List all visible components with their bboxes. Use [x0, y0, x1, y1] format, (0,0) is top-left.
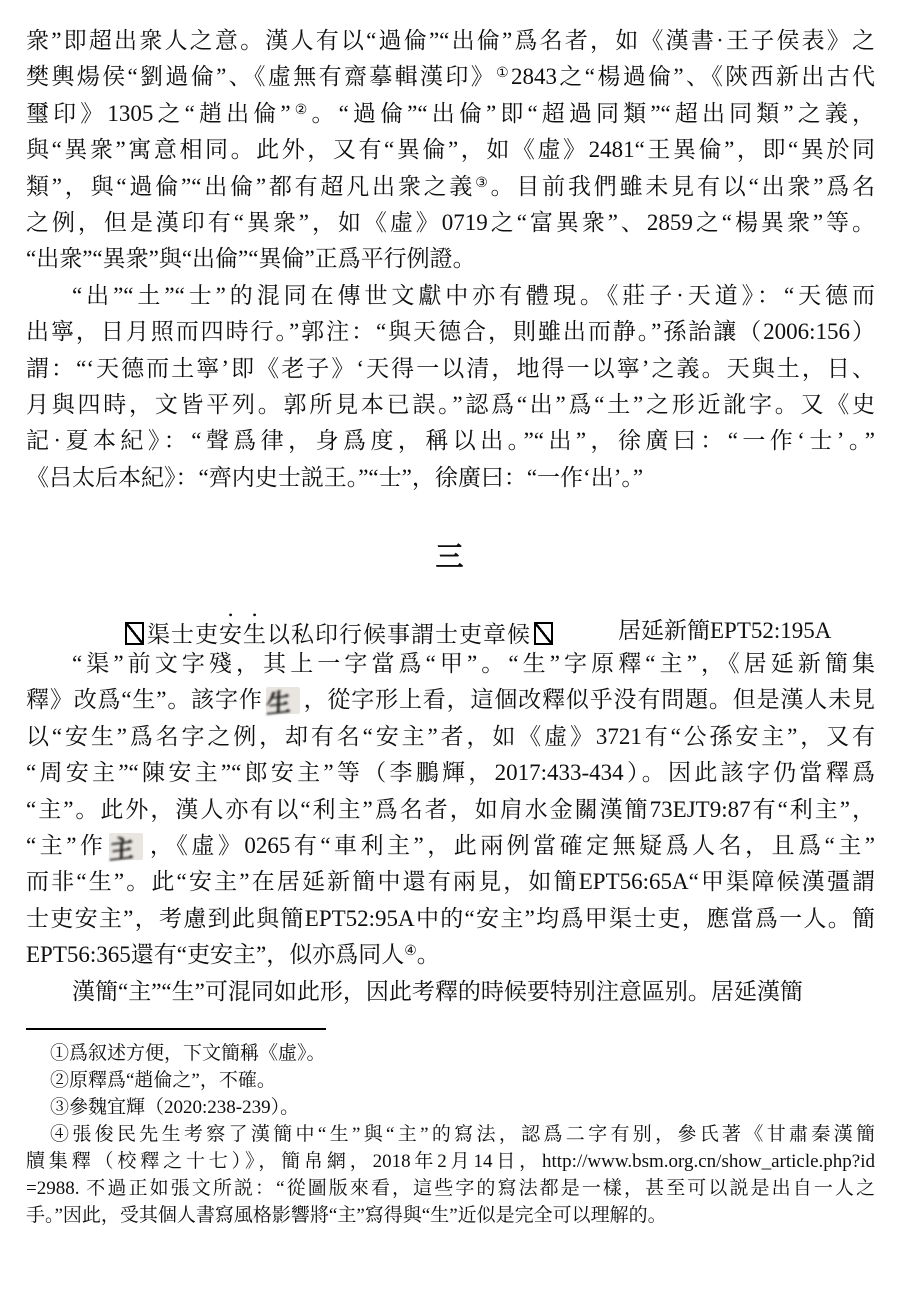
footnote-4-line-4: 手。”因此，受其個人書寫風格影響將“主”寫得與“生”近似是完全可以理解的。: [26, 1202, 875, 1229]
paragraph-1: 衆”即超出衆人之意。漢人有以“過倫”“出倫”爲名者，如《漢書·王子侯表》之樊輿煬…: [26, 23, 875, 278]
text-run: “主”作: [26, 833, 106, 858]
handwritten-sheng-glyph-image: 生: [266, 687, 300, 714]
footnote-ref: ①: [496, 66, 511, 81]
paragraph-2-line-3: 謂：“‘天德而土寧’即《老子》‘天得一以清，地得一以寧’之義。天與土，日、: [26, 351, 875, 387]
text-run: EPT56:365還有“吏安主”，似亦爲同人: [26, 942, 404, 967]
text-run: ，《虛》0265有“車利主”，此兩例當確定無疑爲人名，且爲“主”: [146, 833, 875, 858]
paragraph-1-line-4: 與“異衆”寓意相同。此外，又有“異倫”，如《虛》2481“王異倫”，即“異於同: [26, 132, 875, 168]
paragraph-1-line-2: 樊輿煬侯“劉過倫”、《虛無有齋摹輯漢印》①2843之“楊過倫”、《陝西新出古代: [26, 59, 875, 95]
text-run: 以“安生”爲名字之例，却有名“安主”者，如《虛》3721有“公孫安主”，又有: [26, 724, 875, 749]
paragraph-3-line-7: 而非“生”。此“安主”在居延新簡中還有兩見，如簡EPT56:65A“甲渠障候漢彊…: [26, 864, 875, 900]
text-run: =2988. 不過正如張文所説：“從圖版來看，這些字的寫法都是一樣，甚至可以説是…: [26, 1178, 875, 1199]
footnote-ref: ③: [475, 176, 490, 191]
paragraph-3-line-1: “渠”前文字殘，其上一字當爲“甲”。“生”字原釋“主”，《居延新簡集: [26, 646, 875, 682]
text-run: 渠士吏: [147, 622, 219, 647]
slip-transcription: 渠士吏安生以私印行候事謂士吏章候居延新簡EPT52:195A: [122, 610, 875, 646]
document-page: 衆”即超出衆人之意。漢人有以“過倫”“出倫”爲名者，如《漢書·王子侯表》之樊輿煬…: [0, 0, 901, 1297]
text-run: 2843之“楊過倫”、《陝西新出古代: [511, 64, 875, 89]
text-run: 出寧，日月照而四時行。”郭注：“與天德合，則雖出而静。”孫詒讓（2006:156…: [26, 319, 875, 344]
text-run: ②原釋爲“趙倫之”，不確。: [50, 1070, 276, 1091]
text-run: “主”。此外，漢人亦有以“利主”爲名者，如肩水金關漢簡73EJT9:87有“利主…: [26, 797, 875, 822]
text-run: 釋》改爲“生”。該字作: [26, 687, 263, 712]
footnote-1: ①爲叙述方便，下文簡稱《虛》。: [26, 1040, 875, 1067]
paragraph-1-line-6: 之例，但是漢印有“異衆”，如《虛》0719之“富異衆”、2859之“楊異衆”等。: [26, 205, 875, 241]
damaged-edge-box-icon: [125, 622, 144, 645]
text-run: “渠”前文字殘，其上一字當爲“甲”。“生”字原釋“主”，《居延新簡集: [72, 651, 875, 676]
text-run: 士吏安主”，考慮到此與簡EPT52:95A中的“安主”均爲甲渠士吏，應當爲一人。…: [26, 906, 875, 931]
text-run: 月與四時，文皆平列。郭所見本已誤。”認爲“出”爲“土”之形近訛字。又《史: [26, 392, 875, 417]
footnote-1-line-1: ①爲叙述方便，下文簡稱《虛》。: [26, 1040, 875, 1067]
text-run: 手。”因此，受其個人書寫風格影響將“主”寫得與“生”近似是完全可以理解的。: [26, 1205, 667, 1226]
paragraph-4-line-1: 漢簡“主”“生”可混同如此形，因此考釋的時候要特别注意區别。居延漢簡: [26, 974, 875, 1010]
handwritten-zhu-glyph-image: 主: [109, 833, 143, 860]
paragraph-2-line-2: 出寧，日月照而四時行。”郭注：“與天德合，則雖出而静。”孫詒讓（2006:156…: [26, 314, 875, 350]
text-run: 類”，與“過倫”“出倫”都有超凡出衆之義: [26, 174, 475, 199]
footnote-3-line-1: ③參魏宜輝（2020:238-239）。: [26, 1094, 875, 1121]
damaged-edge-box-icon: [534, 622, 553, 645]
text-run: “周安主”“陳安主”“郎安主”等（李鵬輝，2017:433-434）。因此該字仍…: [26, 760, 875, 785]
footnote-2-line-1: ②原釋爲“趙倫之”，不確。: [26, 1067, 875, 1094]
footnote-2: ②原釋爲“趙倫之”，不確。: [26, 1067, 875, 1094]
paragraph-1-line-1: 衆”即超出衆人之意。漢人有以“過倫”“出倫”爲名者，如《漢書·王子侯表》之: [26, 23, 875, 59]
section-heading: 三: [26, 538, 875, 578]
text-run: 璽印》1305之“趙出倫”: [26, 101, 291, 126]
paragraph-1-line-5: 類”，與“過倫”“出倫”都有超凡出衆之義③。目前我們雖未見有以“出衆”爲名: [26, 169, 875, 205]
paragraph-2-line-1: “出”“土”“士”的混同在傳世文獻中亦有體現。《莊子·天道》：“天德而: [26, 278, 875, 314]
footnote-4-line-2: 牘集釋（校釋之十七）》，簡帛網，2018年2月14日，http://www.bs…: [26, 1148, 875, 1175]
paragraph-1-line-3: 璽印》1305之“趙出倫”②。“過倫”“出倫”即“超過同類”“超出同類”之義，: [26, 96, 875, 132]
text-run: 衆”即超出衆人之意。漢人有以“過倫”“出倫”爲名者，如《漢書·王子侯表》之: [26, 28, 875, 53]
text-run: 《吕太后本紀》：“齊内史士説王。”“士”，徐廣曰：“一作‘出’。”: [26, 465, 643, 490]
footnote-4: ④張俊民先生考察了漢簡中“生”與“主”的寫法，認爲二字有别，參氏著《甘肅秦漢簡牘…: [26, 1121, 875, 1229]
paragraph-2-line-4: 月與四時，文皆平列。郭所見本已誤。”認爲“出”爲“土”之形近訛字。又《史: [26, 387, 875, 423]
paragraph-3-line-2: 釋》改爲“生”。該字作生，從字形上看，這個改釋似乎没有問題。但是漢人未見: [26, 682, 875, 718]
paragraph-3-line-5: “主”。此外，漢人亦有以“利主”爲名者，如肩水金關漢簡73EJT9:87有“利主…: [26, 792, 875, 828]
text-run: ①爲叙述方便，下文簡稱《虛》。: [50, 1043, 326, 1064]
text-run: ④張俊民先生考察了漢簡中“生”與“主”的寫法，認爲二字有别，參氏著《甘肅秦漢簡: [50, 1124, 875, 1145]
paragraph-3-line-6: “主”作主，《虛》0265有“車利主”，此兩例當確定無疑爲人名，且爲“主”: [26, 828, 875, 864]
emphasis-dotted-text: 安生: [219, 622, 267, 647]
text-run: 而非“生”。此“安主”在居延新簡中還有兩見，如簡EPT56:65A“甲渠障候漢彊…: [26, 869, 875, 894]
text-run: 牘集釋（校釋之十七）》，簡帛網，2018年2月14日，http://www.bs…: [26, 1151, 875, 1172]
glyph-char: 生: [266, 690, 291, 719]
paragraph-3-line-3: 以“安生”爲名字之例，却有名“安主”者，如《虛》3721有“公孫安主”，又有: [26, 719, 875, 755]
text-run: ，從字形上看，這個改釋似乎没有問題。但是漢人未見: [303, 687, 875, 712]
footnote-4-line-1: ④張俊民先生考察了漢簡中“生”與“主”的寫法，認爲二字有别，參氏著《甘肅秦漢簡: [26, 1121, 875, 1148]
text-run: “出衆”“異衆”與“出倫”“異倫”正爲平行例證。: [26, 246, 476, 271]
text-run: 與“異衆”寓意相同。此外，又有“異倫”，如《虛》2481“王異倫”，即“異於同: [26, 137, 875, 162]
text-run: 樊輿煬侯“劉過倫”、《虛無有齋摹輯漢印》: [26, 64, 496, 89]
paragraph-4: 漢簡“主”“生”可混同如此形，因此考釋的時候要特别注意區别。居延漢簡: [26, 974, 875, 1010]
footnote-ref: ②: [291, 103, 312, 118]
text-run: 之例，但是漢印有“異衆”，如《虛》0719之“富異衆”、2859之“楊異衆”等。: [26, 210, 875, 235]
paragraph-3-line-8: 士吏安主”，考慮到此與簡EPT52:95A中的“安主”均爲甲渠士吏，應當爲一人。…: [26, 901, 875, 937]
paragraph-3-line-4: “周安主”“陳安主”“郎安主”等（李鵬輝，2017:433-434）。因此該字仍…: [26, 755, 875, 791]
footnote-ref: ④: [404, 944, 417, 959]
paragraph-3: “渠”前文字殘，其上一字當爲“甲”。“生”字原釋“主”，《居延新簡集釋》改爲“生…: [26, 646, 875, 974]
glyph-char: 主: [109, 835, 134, 864]
text-run: ③參魏宜輝（2020:238-239）。: [50, 1097, 299, 1118]
text-run: 漢簡“主”“生”可混同如此形，因此考釋的時候要特别注意區别。居延漢簡: [72, 979, 803, 1004]
transcription-text: 渠士吏安生以私印行候事謂士吏章候: [122, 608, 556, 649]
text-run: 謂：“‘天德而土寧’即《老子》‘天得一以清，地得一以寧’之義。天與土，日、: [26, 356, 875, 381]
paragraph-2-line-6: 《吕太后本紀》：“齊内史士説王。”“士”，徐廣曰：“一作‘出’。”: [26, 460, 875, 496]
text-run: 以私印行候事謂士吏章候: [267, 622, 531, 647]
footnote-separator: [26, 1028, 326, 1030]
paragraph-1-line-7: “出衆”“異衆”與“出倫”“異倫”正爲平行例證。: [26, 241, 875, 277]
paragraph-2-line-5: 記·夏本紀》：“聲爲律，身爲度，稱以出。”“出”，徐廣曰：“一作‘士’。”: [26, 423, 875, 459]
paragraph-3-line-9: EPT56:365還有“吏安主”，似亦爲同人④。: [26, 937, 875, 973]
footnote-3: ③參魏宜輝（2020:238-239）。: [26, 1094, 875, 1121]
text-run: 記·夏本紀》：“聲爲律，身爲度，稱以出。”“出”，徐廣曰：“一作‘士’。”: [26, 428, 875, 453]
text-run: 。“過倫”“出倫”即“超過同類”“超出同類”之義，: [311, 101, 875, 126]
text-run: 。目前我們雖未見有以“出衆”爲名: [491, 174, 875, 199]
paragraph-2: “出”“土”“士”的混同在傳世文獻中亦有體現。《莊子·天道》：“天德而出寧，日月…: [26, 278, 875, 496]
text-run: “出”“土”“士”的混同在傳世文獻中亦有體現。《莊子·天道》：“天德而: [72, 283, 875, 308]
text-run: 。: [417, 942, 440, 967]
footnote-4-line-3: =2988. 不過正如張文所説：“從圖版來看，這些字的寫法都是一樣，甚至可以説是…: [26, 1175, 875, 1202]
slip-number-label: 居延新簡EPT52:195A: [618, 612, 831, 645]
